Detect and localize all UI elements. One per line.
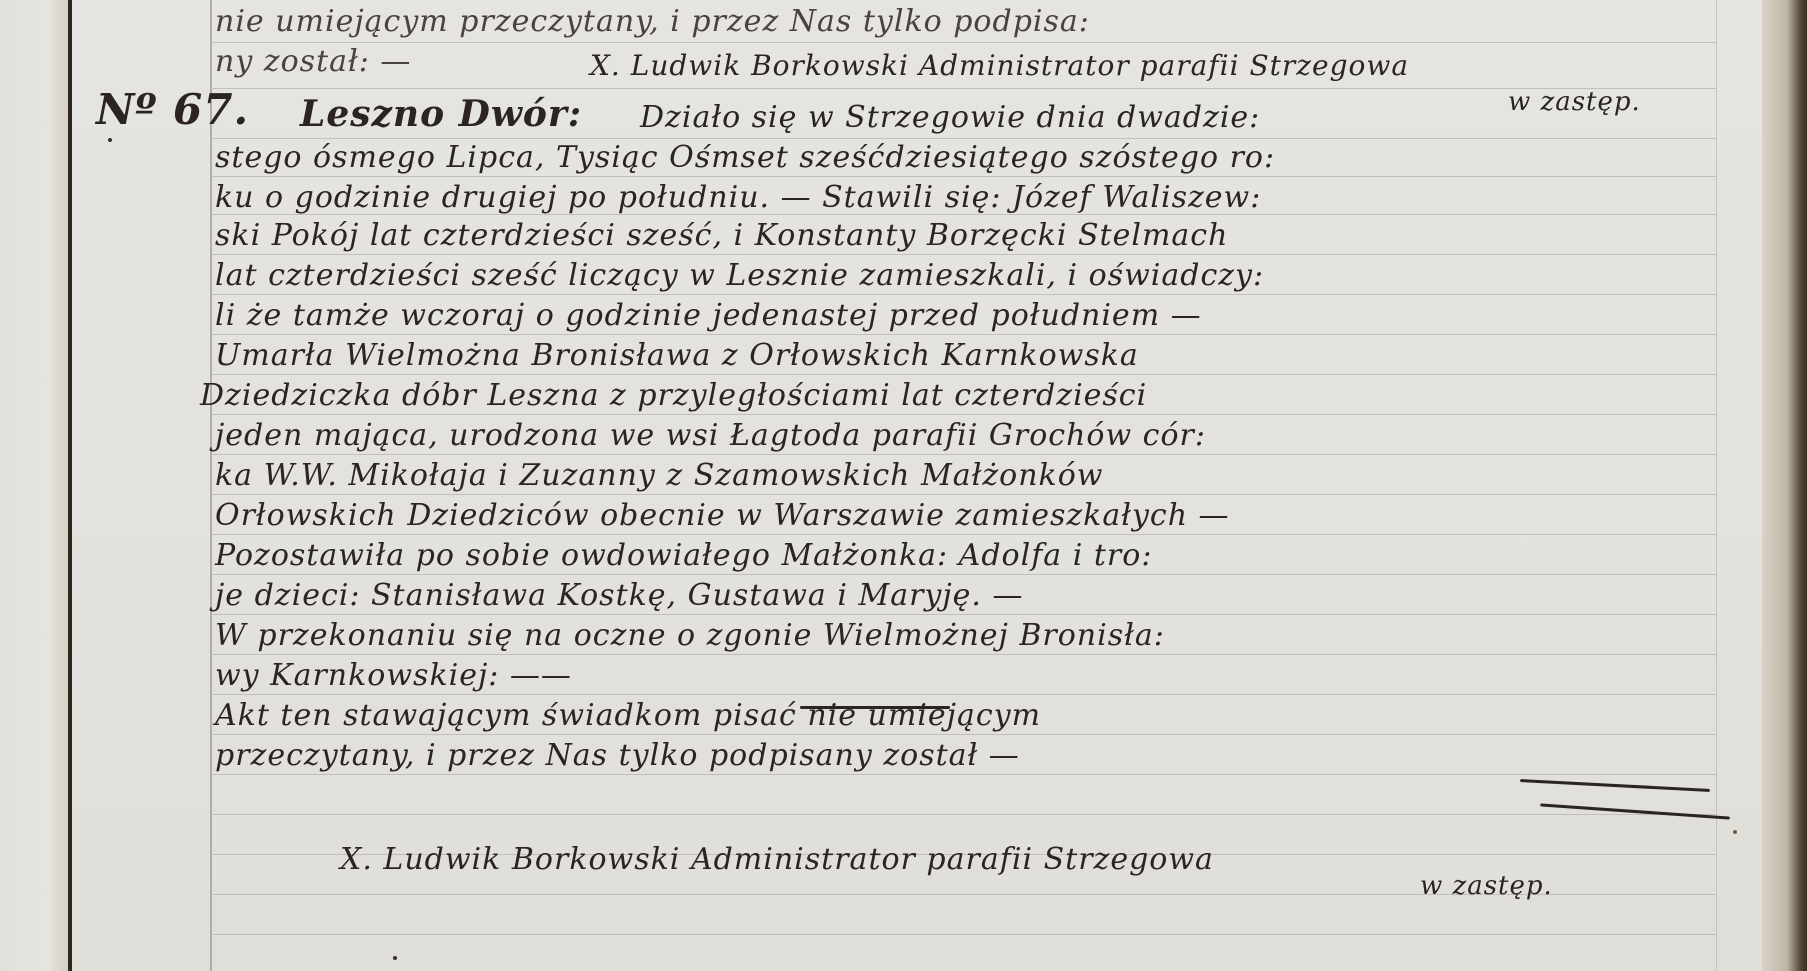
right-margin-rule [1716,0,1717,971]
entry-line: stego ósmego Lipca, Tysiąc Ośmset sześćd… [215,140,1275,176]
ruled-line [210,934,1716,935]
ruled-line [210,138,1716,139]
entry-line: wy Karnkowskiej: —— [215,658,572,694]
entry-signature-note: w zastęp. [1420,868,1553,904]
ruled-line [210,414,1716,415]
ruled-line [210,176,1716,177]
facing-page-edge [0,0,68,971]
binding-edge [1762,0,1807,971]
previous-entry-line: ny został: — [215,44,411,80]
entry-signature: X. Ludwik Borkowski Administrator parafi… [340,842,1214,878]
entry-line: Akt ten stawającym świadkom pisać nie um… [215,698,1041,734]
ruled-line [210,814,1716,815]
register-scan: nie umiejącym przeczytany, i przez Nas t… [0,0,1807,971]
ruled-line [210,574,1716,575]
ruled-line [210,694,1716,695]
entry-line: ka W.W. Mikołaja i Zuzanny z Szamowskich… [215,458,1103,494]
entry-place: Leszno Dwór: [300,96,582,132]
ruled-line [210,494,1716,495]
ruled-line [210,614,1716,615]
ruled-line [210,654,1716,655]
entry-line: Umarła Wielmożna Bronisława z Orłowskich… [215,338,1139,374]
previous-entry-line: nie umiejącym przeczytany, i przez Nas t… [215,4,1090,40]
ruled-line [210,294,1716,295]
ruled-line [210,374,1716,375]
entry-line: W przekonaniu się na oczne o zgonie Wiel… [215,618,1165,654]
previous-entry-signature-note: w zastęp. [1508,84,1641,120]
ruled-line [210,42,1716,43]
entry-number: Nº 67. [96,92,249,128]
entry-line: lat czterdzieści sześć liczący w Lesznie… [215,258,1264,294]
entry-line: Działo się w Strzegowie dnia dwadzie: [640,100,1260,136]
entry-line: Pozostawiła po sobie owdowiałego Małżonk… [215,538,1152,574]
entry-line: Orłowskich Dziedziców obecnie w Warszawi… [215,498,1230,534]
ruled-line [210,774,1716,775]
ruled-line [210,734,1716,735]
entry-line: li że tamże wczoraj o godzinie jedenaste… [215,298,1202,334]
entry-line: jeden mająca, urodzona we wsi Łagtoda pa… [215,418,1206,454]
entry-line: ski Pokój lat czterdzieści sześć, i Kons… [215,218,1228,254]
ink-speck [108,138,112,142]
entry-line: przeczytany, i przez Nas tylko podpisany… [215,738,1020,774]
ruled-line [210,334,1716,335]
ruled-line [210,454,1716,455]
previous-entry-signature: X. Ludwik Borkowski Administrator parafi… [590,48,1409,84]
entry-line: Dziedziczka dóbr Leszna z przyległościam… [200,378,1147,414]
entry-line: je dzieci: Stanisława Kostkę, Gustawa i … [215,578,1024,614]
entry-line: ku o godzinie drugiej po południu. — Sta… [215,180,1261,216]
ruled-line [210,88,1716,89]
ink-speck [393,956,397,960]
ruled-line [210,254,1716,255]
ruled-line [210,534,1716,535]
left-margin-rule [210,0,212,971]
stain-speck [1733,830,1737,834]
